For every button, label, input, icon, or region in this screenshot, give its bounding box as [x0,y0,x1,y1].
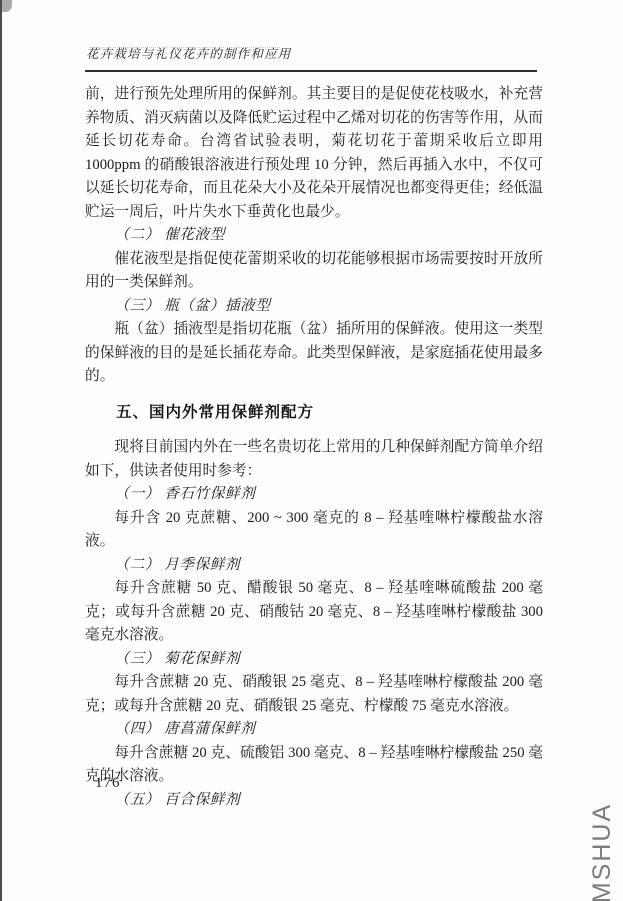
subsection-heading: （一） 香石竹保鲜剂 [85,483,543,507]
subsection-heading: （五） 百合保鲜剂 [85,789,543,813]
subsection-heading: （二） 催花液型 [85,224,543,248]
paragraph: 每升含蔗糖 20 克、硫酸铝 300 毫克、8 – 羟基喹啉柠檬酸盐 250 毫… [85,742,543,789]
subsection-heading: （三） 菊花保鲜剂 [85,648,543,672]
subsection-heading: （四） 唐菖蒲保鲜剂 [85,718,543,742]
scanned-book-page: 花卉栽培与礼仪花卉的制作和应用 前，进行预先处理所用的保鲜剂。其主要目的是促使花… [0,0,623,901]
page-body: 前，进行预先处理所用的保鲜剂。其主要目的是促使花枝吸水，补充营养物质、消灭病菌以… [85,83,543,812]
running-header: 花卉栽培与礼仪花卉的制作和应用 [86,44,541,62]
subsection-heading: （二） 月季保鲜剂 [85,554,543,578]
paragraph: 每升含蔗糖 50 克、醋酸银 50 毫克、8 – 羟基喹啉硫酸盐 200 毫克；… [85,577,543,648]
section-heading: 五、国内外常用保鲜剂配方 [85,401,543,425]
scan-edge-artifact [0,0,2,901]
watermark: MSHUA [588,798,618,901]
paragraph: 催花液型是指促使花蕾期采收的切花能够根据市场需要按时开放所用的一类保鲜剂。 [85,248,543,295]
scan-smudge-artifact [2,0,12,12]
paragraph: 每升含蔗糖 20 克、硝酸银 25 毫克、8 – 羟基喹啉柠檬酸盐 200 毫克… [85,671,543,718]
paragraph: 前，进行预先处理所用的保鲜剂。其主要目的是促使花枝吸水，补充营养物质、消灭病菌以… [85,83,543,224]
paragraph: 每升含 20 克蔗糖、200 ~ 300 毫克的 8 – 羟基喹啉柠檬酸盐水溶液… [85,507,543,554]
subsection-heading: （三） 瓶（盆）插液型 [85,295,543,319]
header-rule [85,70,537,72]
paragraph: 瓶（盆）插液型是指切花瓶（盆）插所用的保鲜液。使用这一类型的保鲜液的目的是延长插… [85,318,543,389]
page-number: 176 [95,775,121,792]
paragraph: 现将目前国内外在一些名贵切花上常用的几种保鲜剂配方简单介绍如下，供读者使用时参考… [85,436,543,483]
